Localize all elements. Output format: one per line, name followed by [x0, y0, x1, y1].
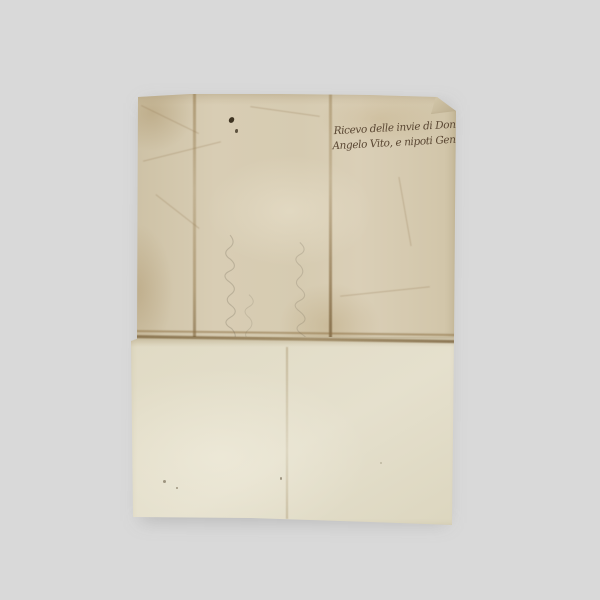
- paper-bottom-half: [130, 337, 457, 526]
- ink-spot: [228, 116, 235, 123]
- paper-crease: [340, 286, 430, 296]
- corner-crease: [143, 141, 221, 161]
- paper-crease: [398, 177, 411, 246]
- photo-stage: Ricevo delle invie di Don Angelo Vito, e…: [0, 0, 600, 600]
- paper-top-half: Ricevo delle invie di Don Angelo Vito, e…: [130, 91, 457, 340]
- fox-speck: [163, 480, 166, 483]
- vertical-fold-line-left: [193, 91, 196, 340]
- fox-speck: [380, 462, 382, 464]
- vertical-center-crease: [286, 347, 288, 519]
- ink-inscription: Ricevo delle invie di Don Angelo Vito, e…: [333, 118, 454, 154]
- ink-spot: [235, 129, 238, 133]
- manuscript-paper: Ricevo delle invie di Don Angelo Vito, e…: [130, 91, 457, 526]
- fox-speck: [176, 487, 178, 489]
- corner-crease: [141, 105, 199, 134]
- fox-speck: [280, 477, 282, 480]
- vertical-fold-line-right: [329, 91, 332, 340]
- paper-crease: [250, 106, 319, 117]
